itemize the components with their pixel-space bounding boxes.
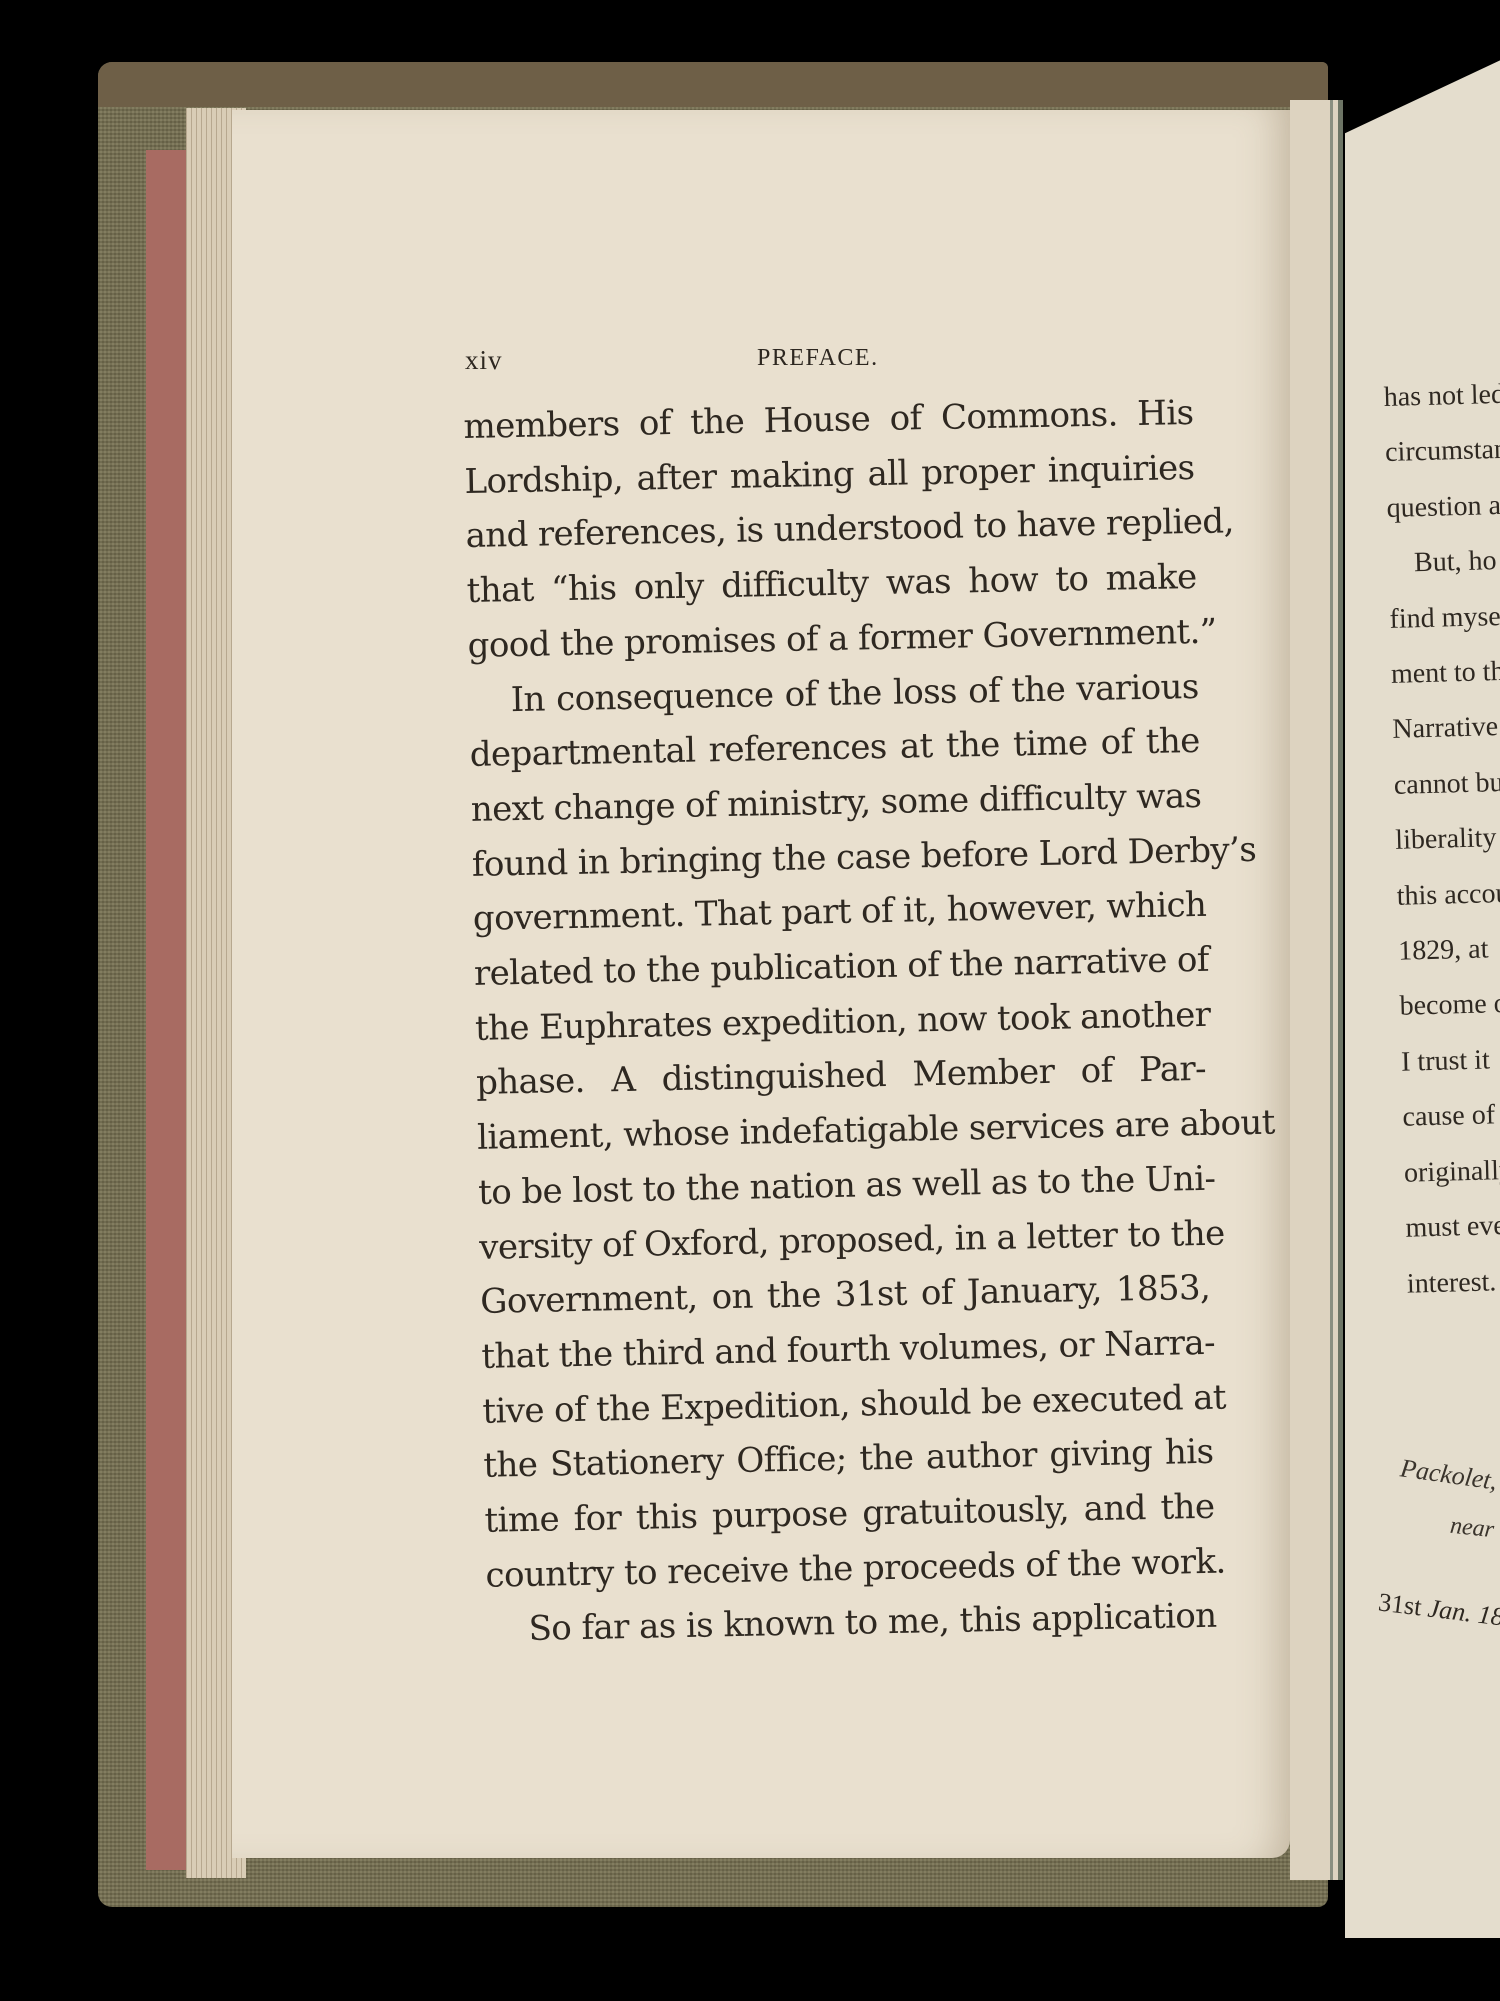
text-line: ment to th: [1390, 643, 1500, 702]
text-line: originally: [1403, 1142, 1500, 1201]
gutter-binding-line: [1338, 100, 1343, 1880]
page-number: xiv: [465, 345, 503, 376]
text-line: become on: [1399, 976, 1500, 1035]
text-line: Narrative: [1392, 699, 1500, 758]
text-line: find mysel: [1389, 588, 1500, 647]
text-line: But, ho: [1387, 532, 1500, 591]
gutter-shadow-line: [1330, 100, 1333, 1880]
text-line: cannot bu: [1393, 754, 1500, 813]
text-line: 1829, at: [1398, 920, 1500, 979]
running-head: xiv PREFACE.: [465, 345, 1205, 385]
text-line: this accou: [1396, 865, 1500, 924]
running-head-title: PREFACE.: [757, 345, 879, 372]
left-page-body-text: members of the House of Commons. HisLord…: [463, 385, 1247, 1658]
signature-near: near: [1449, 1513, 1496, 1544]
text-line: question ap: [1386, 477, 1500, 536]
text-line: interest.: [1406, 1253, 1500, 1312]
text-line: I trust it: [1400, 1031, 1500, 1090]
text-line: liberality: [1395, 809, 1500, 868]
text-line: must ever: [1405, 1197, 1500, 1256]
signature-date-day: 31st: [1377, 1587, 1424, 1621]
book-cover-top-edge: [98, 62, 1328, 107]
text-line: has not led: [1383, 366, 1500, 425]
text-line: cause of: [1402, 1086, 1500, 1145]
text-line: circumstan: [1384, 422, 1500, 481]
